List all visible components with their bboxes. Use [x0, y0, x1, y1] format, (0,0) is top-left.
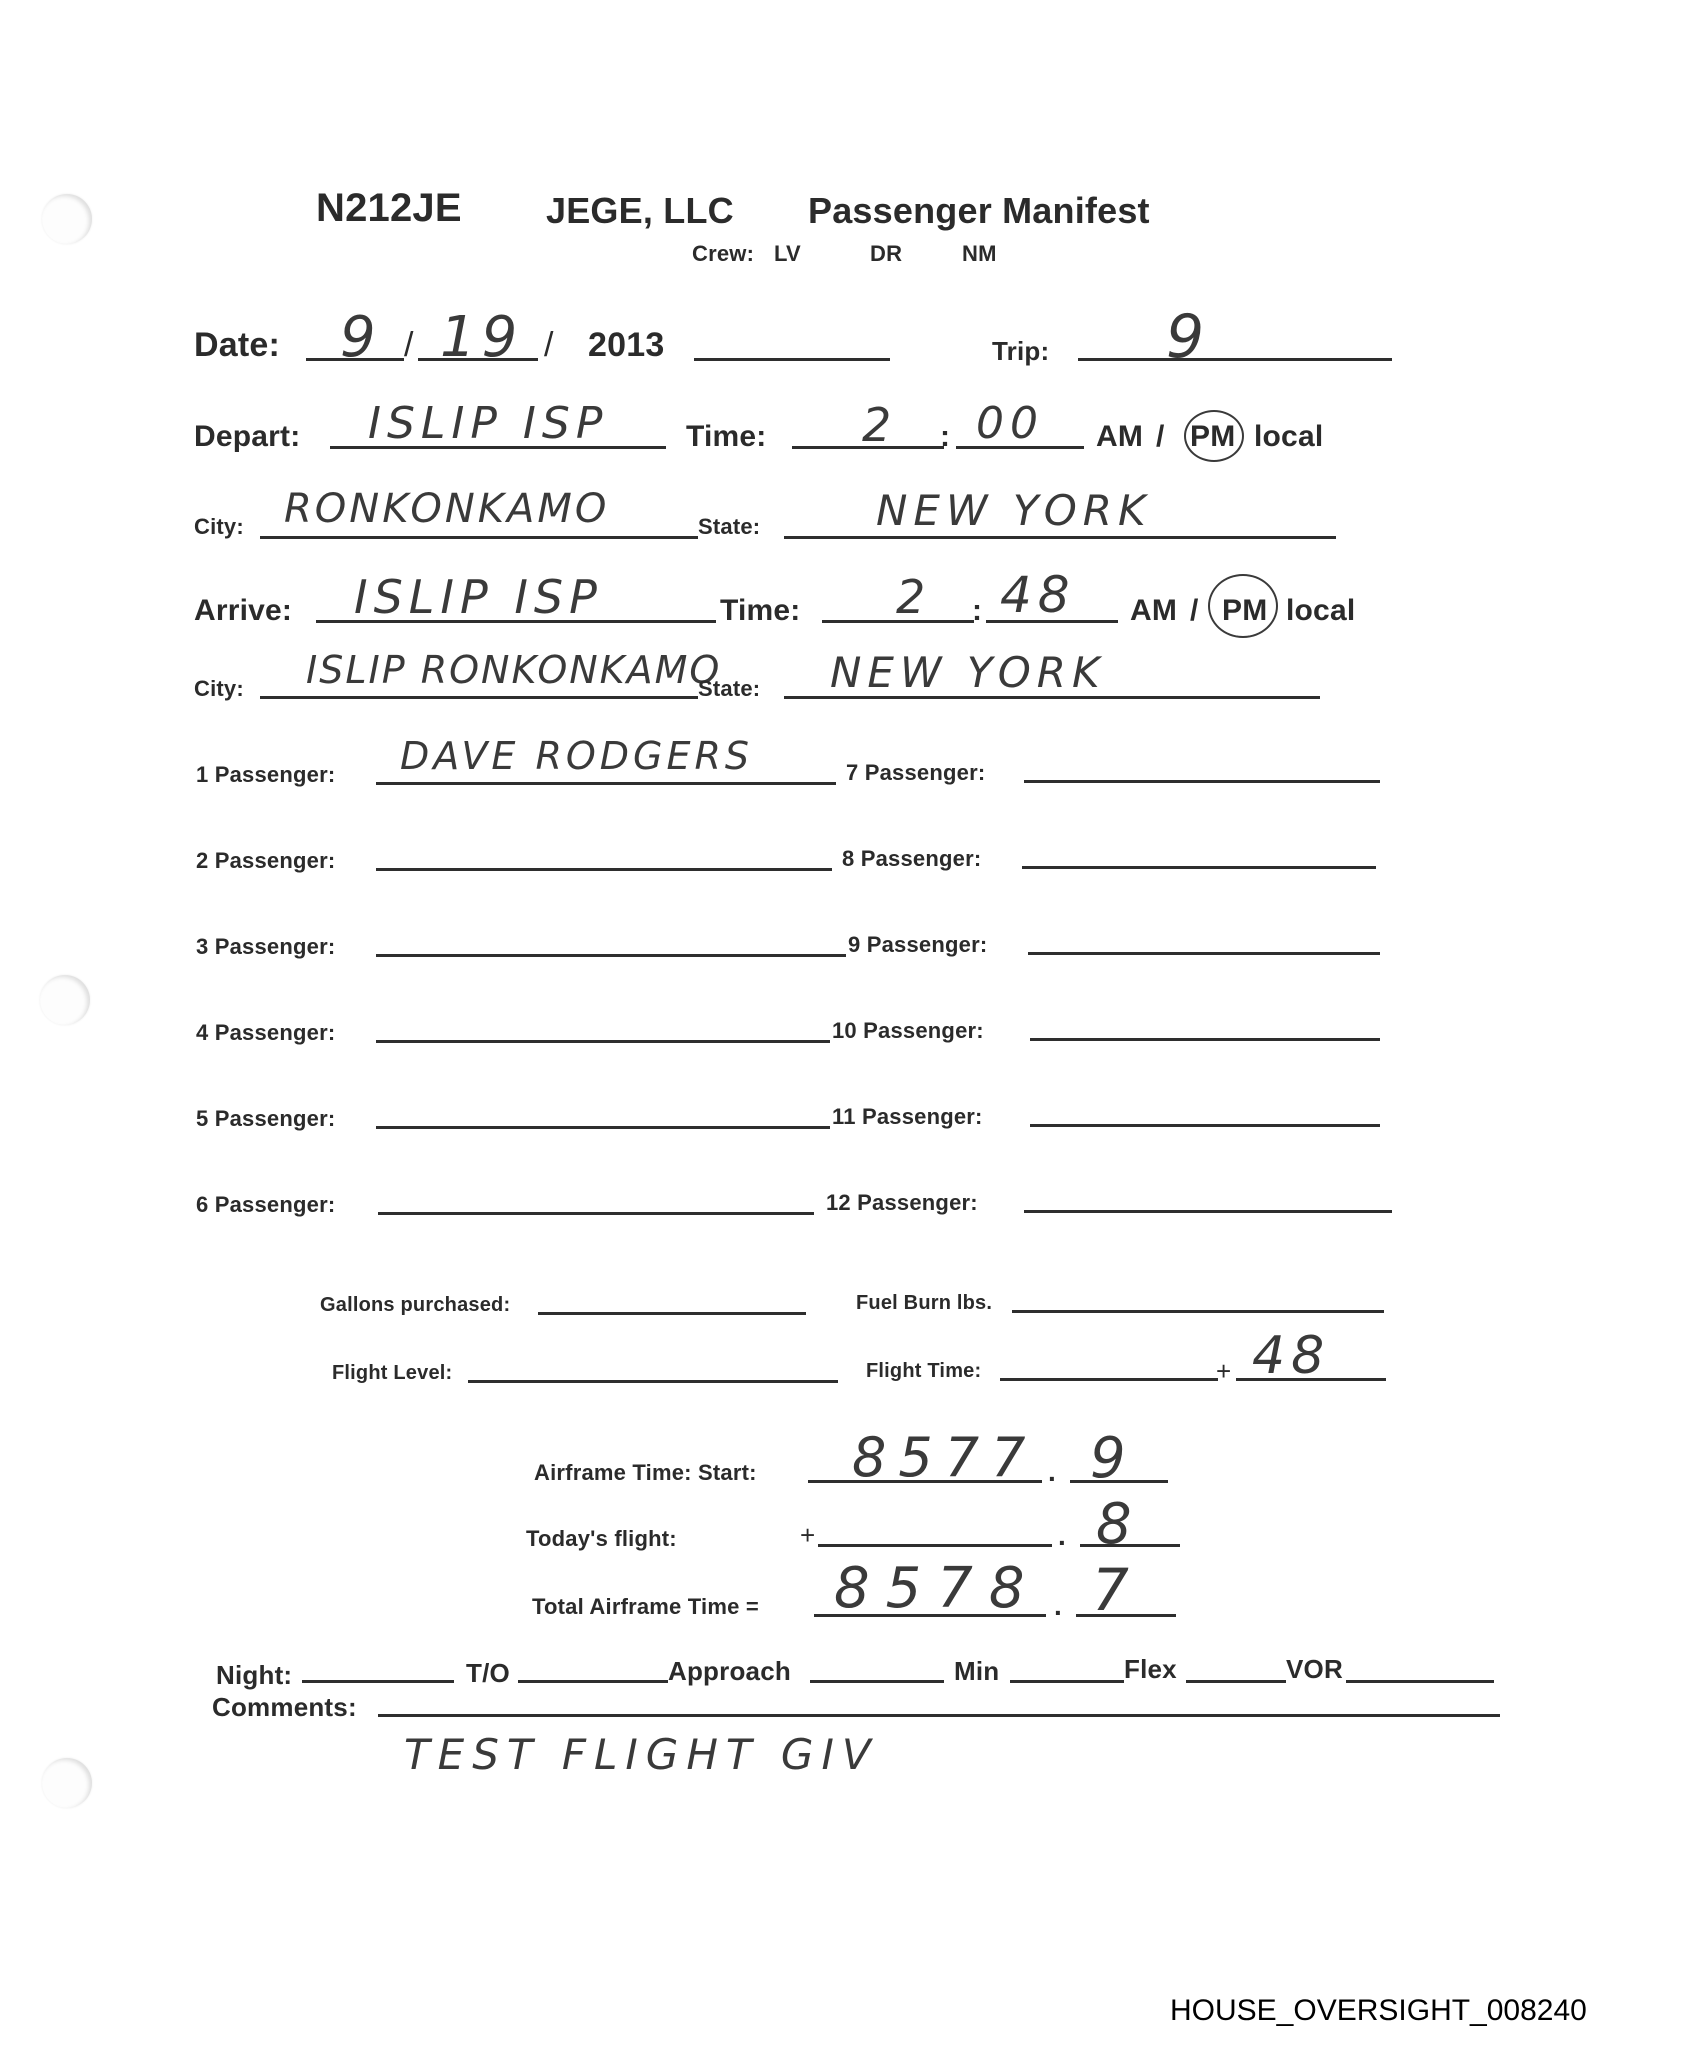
crew-label: Crew: — [692, 241, 754, 267]
date-separator-2: / — [544, 326, 554, 365]
depart-city-field[interactable] — [260, 536, 698, 539]
passenger-10-field[interactable] — [1030, 1038, 1380, 1041]
bates-stamp: HOUSE_OVERSIGHT_008240 — [1170, 1994, 1587, 2028]
total-airframe-label: Total Airframe Time = — [532, 1594, 759, 1620]
passenger-3-field[interactable] — [376, 954, 846, 957]
tail-number: N212JE — [316, 186, 462, 231]
flight-level-label: Flight Level: — [332, 1362, 452, 1385]
comments-label: Comments: — [212, 1692, 357, 1723]
passenger-7-label: 7 Passenger: — [846, 760, 985, 786]
min-label: Min — [954, 1656, 999, 1687]
arrive-pm-selected-circle — [1208, 574, 1278, 638]
arrive-state-value: NEW YORK — [830, 648, 1106, 697]
todays-flight-tenths-value: 8 — [1096, 1492, 1138, 1557]
passenger-1-label: 1 Passenger: — [196, 762, 335, 788]
flight-time-minutes-value: 48 — [1252, 1326, 1330, 1386]
arrive-city-field[interactable] — [260, 696, 698, 699]
vor-field[interactable] — [1346, 1680, 1494, 1683]
todays-flight-plus: + — [800, 1520, 815, 1551]
passenger-5-field[interactable] — [376, 1126, 830, 1129]
todays-flight-whole-field[interactable] — [818, 1544, 1052, 1547]
depart-am-option[interactable]: AM — [1096, 420, 1143, 454]
depart-ampm-slash: / — [1156, 420, 1165, 454]
date-label: Date: — [194, 326, 280, 365]
company-name: JEGE, LLC — [546, 190, 734, 232]
date-month-value: 9 — [340, 305, 382, 370]
crew-member-2: DR — [870, 241, 902, 267]
comments-field[interactable] — [378, 1714, 1500, 1717]
arrive-am-option[interactable]: AM — [1130, 594, 1177, 628]
approach-label: Approach — [668, 1656, 791, 1687]
passenger-2-label: 2 Passenger: — [196, 848, 335, 874]
passenger-10-label: 10 Passenger: — [832, 1018, 984, 1044]
depart-state-label: State: — [698, 514, 760, 540]
crew-member-1: LV — [774, 241, 801, 267]
airframe-start-label: Airframe Time: Start: — [534, 1460, 757, 1486]
gallons-purchased-field[interactable] — [538, 1312, 806, 1315]
crew-member-3: NM — [962, 241, 997, 267]
total-airframe-decimal: . — [1054, 1590, 1062, 1622]
takeoff-label: T/O — [466, 1658, 510, 1689]
passenger-11-label: 11 Passenger: — [832, 1104, 983, 1130]
night-field[interactable] — [302, 1680, 454, 1683]
arrive-city-label: City: — [194, 676, 244, 702]
takeoff-field[interactable] — [518, 1680, 668, 1683]
airframe-start-tenths-value: 9 — [1090, 1426, 1132, 1491]
trip-field[interactable] — [1078, 358, 1392, 361]
arrive-label: Arrive: — [194, 594, 292, 628]
depart-city-label: City: — [194, 514, 244, 540]
date-separator-1: / — [404, 326, 414, 365]
min-field[interactable] — [1010, 1680, 1124, 1683]
arrive-hour-value: 2 — [896, 570, 931, 624]
flex-label: Flex — [1124, 1654, 1177, 1685]
date-year: 2013 — [588, 326, 664, 365]
arrive-airport-value: ISLIP ISP — [354, 570, 603, 624]
trip-label: Trip: — [992, 336, 1049, 367]
depart-pm-selected-circle — [1184, 410, 1244, 462]
date-extra-field[interactable] — [694, 358, 890, 361]
passenger-2-field[interactable] — [376, 868, 832, 871]
depart-state-value: NEW YORK — [876, 486, 1152, 535]
flight-time-plus: + — [1216, 1356, 1231, 1387]
passenger-9-label: 9 Passenger: — [848, 932, 987, 958]
flight-level-field[interactable] — [468, 1380, 838, 1383]
arrive-minute-value: 48 — [1000, 566, 1076, 624]
punch-hole-middle — [40, 975, 90, 1025]
depart-city-value: RONKONKAMO — [284, 486, 609, 532]
passenger-6-field[interactable] — [378, 1212, 814, 1215]
arrive-local-label: local — [1286, 594, 1355, 628]
flex-field[interactable] — [1186, 1680, 1286, 1683]
passenger-5-label: 5 Passenger: — [196, 1106, 335, 1132]
form-title: Passenger Manifest — [808, 190, 1150, 232]
depart-state-field[interactable] — [784, 536, 1336, 539]
punch-hole-bottom — [42, 1758, 92, 1808]
depart-minute-value: 00 — [976, 398, 1044, 449]
depart-hour-value: 2 — [862, 398, 897, 452]
trip-value: 9 — [1166, 302, 1210, 372]
arrive-state-label: State: — [698, 676, 760, 702]
passenger-7-field[interactable] — [1024, 780, 1380, 783]
depart-label: Depart: — [194, 420, 300, 454]
todays-flight-label: Today's flight: — [526, 1526, 677, 1552]
passenger-12-label: 12 Passenger: — [826, 1190, 978, 1216]
total-airframe-whole-value: 8578 — [834, 1556, 1041, 1621]
passenger-3-label: 3 Passenger: — [196, 934, 335, 960]
airframe-start-whole-value: 8577 — [852, 1426, 1037, 1489]
airframe-start-decimal: . — [1048, 1456, 1056, 1488]
depart-time-colon: : — [940, 420, 950, 454]
depart-local-label: local — [1254, 420, 1323, 454]
gallons-purchased-label: Gallons purchased: — [320, 1294, 510, 1317]
date-day-value: 19 — [440, 305, 523, 370]
passenger-8-label: 8 Passenger: — [842, 846, 981, 872]
todays-flight-decimal: . — [1058, 1520, 1066, 1552]
passenger-1-name: DAVE RODGERS — [400, 734, 753, 778]
depart-time-label: Time: — [686, 420, 766, 454]
fuel-burn-field[interactable] — [1012, 1310, 1384, 1313]
arrive-ampm-slash: / — [1190, 594, 1199, 628]
vor-label: VOR — [1286, 1654, 1343, 1685]
flight-time-hours-field[interactable] — [1000, 1378, 1218, 1381]
flight-time-label: Flight Time: — [866, 1360, 981, 1383]
arrive-time-colon: : — [972, 594, 982, 628]
passenger-9-field[interactable] — [1028, 952, 1380, 955]
punch-hole-top — [42, 194, 92, 244]
depart-airport-value: ISLIP ISP — [368, 398, 608, 449]
passenger-1-field[interactable] — [376, 782, 836, 785]
comments-text: TEST FLIGHT GIV — [404, 1730, 879, 1779]
total-airframe-tenths-value: 7 — [1092, 1556, 1135, 1624]
passenger-8-field[interactable] — [1022, 866, 1376, 869]
passenger-12-field[interactable] — [1024, 1210, 1392, 1213]
fuel-burn-label: Fuel Burn lbs. — [856, 1292, 992, 1315]
approach-field[interactable] — [810, 1680, 944, 1683]
passenger-11-field[interactable] — [1030, 1124, 1380, 1127]
passenger-6-label: 6 Passenger: — [196, 1192, 335, 1218]
arrive-time-label: Time: — [720, 594, 800, 628]
passenger-4-field[interactable] — [376, 1040, 830, 1043]
arrive-city-value: ISLIP RONKONKAMO — [306, 648, 721, 692]
passenger-4-label: 4 Passenger: — [196, 1020, 335, 1046]
night-label: Night: — [216, 1660, 292, 1691]
